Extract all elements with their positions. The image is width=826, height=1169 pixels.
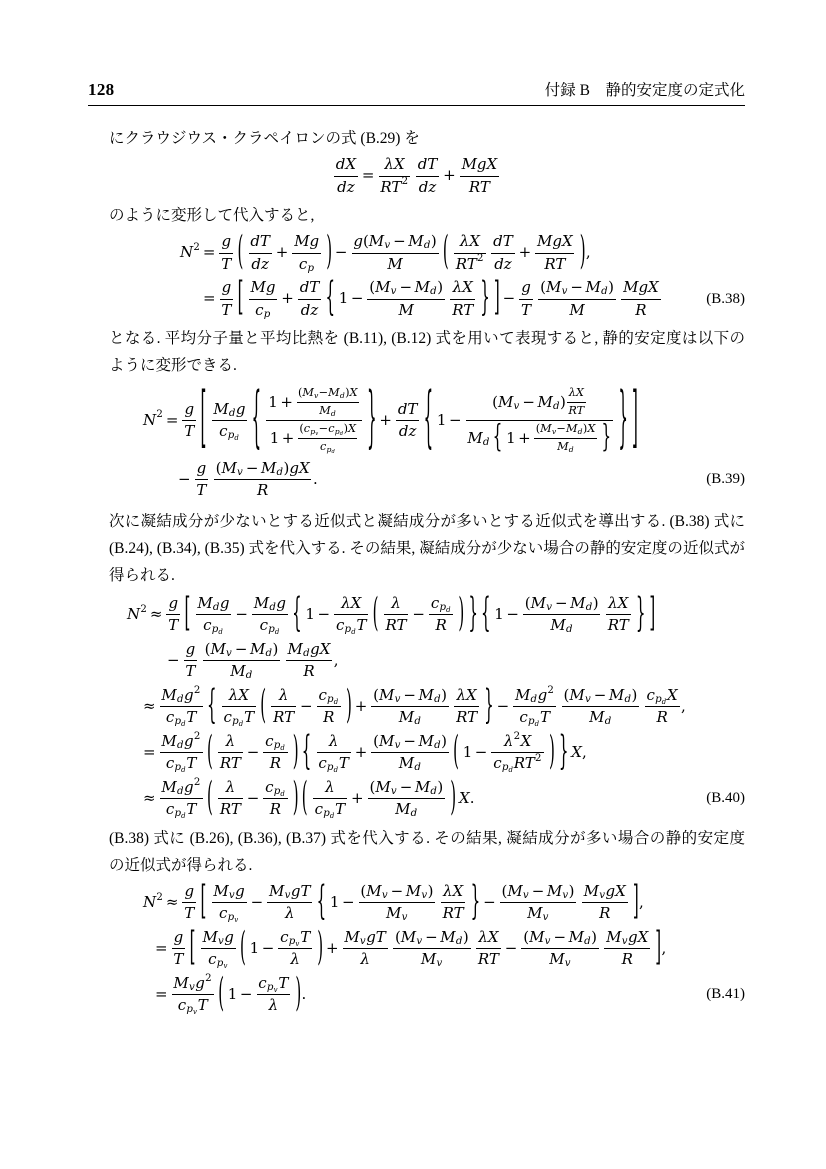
math-row: −: [532, 883, 545, 900]
math-text: 2: [156, 409, 162, 421]
math-row: v: [218, 936, 224, 948]
math-row: Md: [549, 617, 575, 634]
delimiter: }: [367, 386, 377, 455]
subscript: v: [315, 432, 318, 438]
math-row: pd: [274, 740, 285, 752]
math-row: pd: [228, 430, 239, 442]
math-text: M: [584, 883, 599, 900]
math-text: M: [399, 709, 414, 726]
math-row: d: [483, 437, 490, 449]
fraction-bar: [450, 299, 475, 300]
math-row: M: [584, 883, 599, 900]
math-text: ): [431, 233, 437, 250]
math-text: c: [304, 423, 310, 436]
fraction: λXRT2: [379, 156, 411, 196]
math-row: c: [219, 905, 227, 922]
equation-row: N2≈gT[Mdgcpd−Mdgcpd{1−λXcpdT(λRT−cpdR)}{…: [88, 595, 745, 635]
math-row: g: [521, 279, 531, 296]
math-text: 2: [477, 253, 483, 265]
math-text: g: [186, 641, 196, 658]
math-row: c: [166, 755, 174, 772]
math-row: .: [313, 471, 318, 488]
math-row: c: [203, 617, 211, 634]
math-row: −: [399, 279, 412, 296]
math-row: v: [391, 286, 397, 298]
math-row: +: [379, 412, 392, 429]
math-row: ≈Mdg2cpdT{λXcpdT(λRT−cpdR)+(Mv−Md)MdλXRT…: [143, 687, 686, 727]
math-row: dz: [337, 179, 355, 196]
math-row: λX: [441, 883, 465, 900]
math-row: M: [569, 302, 584, 319]
math-text: g: [221, 233, 231, 250]
math-text: v: [543, 912, 549, 924]
math-text: −: [555, 595, 568, 612]
delimiter: ): [317, 928, 323, 969]
group-content: 1−(Mv−Mv)MvλXRT: [326, 883, 470, 923]
delimited-group: [Mvgcpv−MvgTλ{1−(Mv−Mv)MvλXRT}−(Mv−Mv)Mv…: [200, 883, 639, 923]
math-text: RT: [456, 256, 477, 273]
subscript: d: [351, 629, 355, 637]
fraction: (Mv−Md)M: [367, 279, 444, 319]
fraction: MvgXR: [604, 929, 650, 969]
math-row: g: [167, 595, 180, 612]
math-row: cpdX: [646, 687, 677, 704]
math-text: RT: [220, 755, 241, 772]
math-row: 1−cpvTλ: [247, 929, 316, 969]
fraction-bar: [317, 752, 351, 753]
math-text: R: [303, 663, 314, 680]
math-row: −: [570, 279, 583, 296]
math-text: 1: [270, 430, 280, 447]
math-text: p: [174, 808, 181, 820]
math-text: M: [379, 733, 394, 750]
math-row: MvgT: [343, 929, 388, 946]
math-row: (M: [373, 733, 394, 750]
fraction: (Mv−Md)M: [538, 279, 615, 319]
math-row: λ: [226, 779, 236, 796]
fraction-bar: [249, 299, 278, 300]
subscript: v: [543, 912, 549, 924]
math-text: p: [323, 808, 330, 820]
math-row: g: [184, 733, 194, 750]
math-row: dT: [249, 233, 272, 250]
delimited-group: {1−(Mv−Md)MλXRT}: [325, 279, 490, 319]
math-row: p: [186, 1004, 193, 1016]
math-text: λ: [504, 733, 514, 750]
subscript: d: [280, 745, 284, 753]
fraction: λRT: [218, 779, 243, 819]
math-text: d: [280, 745, 284, 753]
math-text: −: [246, 460, 259, 477]
math-row: M: [288, 641, 303, 658]
math-row: λX: [478, 929, 498, 946]
math-row: T: [221, 302, 231, 319]
fraction-bar: [500, 902, 577, 903]
math-row: cpdT: [166, 709, 197, 726]
math-row: M: [161, 687, 176, 704]
math-row: λ: [290, 951, 300, 968]
math-row: cpdT: [164, 755, 198, 772]
delimiter: {: [493, 422, 503, 454]
math-row: 2: [194, 777, 200, 789]
delimited-group: (λRT−cpdR): [372, 595, 464, 635]
group-content: 1−cpvTλ: [246, 929, 317, 969]
math-row: λ: [325, 779, 335, 796]
math-row: R: [257, 482, 268, 499]
math-text: v: [552, 428, 556, 437]
math-row: M: [609, 687, 624, 704]
math-row: dT: [298, 279, 321, 296]
fraction-bar: [166, 614, 180, 615]
math-row: MvgT: [344, 929, 385, 946]
math-row: v: [543, 912, 549, 924]
math-row: λRT−cpdR: [214, 779, 292, 819]
math-row: cpdT: [166, 801, 197, 818]
fraction: Mgcp: [249, 279, 278, 319]
math-row: 1: [330, 894, 340, 911]
math-row: (Mv−Md)λXRT: [490, 387, 588, 418]
math-text: M: [406, 883, 421, 900]
subscript: d: [181, 721, 185, 729]
math-row: pv: [267, 982, 278, 994]
math-text: T: [196, 482, 206, 499]
math-row: MgX: [462, 156, 498, 173]
math-text: p: [174, 762, 181, 774]
math-row: −M: [319, 387, 340, 400]
group-content: 1−λ2XcpdRT2: [459, 733, 548, 773]
math-text: c: [315, 801, 323, 818]
fraction-bar: [441, 902, 466, 903]
group-content: 1+(Mv−Md)XMd: [503, 423, 602, 454]
math-text: g: [184, 779, 194, 796]
math-text: M: [557, 441, 569, 454]
math-row: 1−λXcpdT(λRT−cpdR): [303, 595, 467, 635]
math-row: R: [599, 905, 610, 922]
math-row: Mg: [249, 279, 278, 296]
math-row: .: [302, 986, 307, 1003]
math-text: −: [351, 290, 364, 307]
math-text: +: [276, 244, 289, 261]
math-row: RT2: [380, 179, 408, 196]
superscript: 2: [547, 685, 553, 697]
math-row: cpdT: [518, 709, 552, 726]
math-row: c: [318, 687, 326, 704]
math-text: 2: [402, 176, 408, 188]
math-row: c: [318, 755, 326, 772]
fraction-bar: [160, 798, 203, 799]
math-row: cp: [299, 256, 315, 273]
math-row: d: [624, 694, 631, 706]
math-row: p: [327, 694, 334, 706]
math-row: d: [531, 694, 538, 706]
math-text: T: [356, 617, 366, 634]
math-text: RT: [514, 755, 535, 772]
math-text: d: [605, 716, 612, 728]
math-row: +: [326, 940, 339, 957]
math-text: d: [331, 410, 336, 419]
math-row: cpd: [217, 423, 241, 440]
math-text: M: [609, 687, 624, 704]
math-text: RT: [380, 179, 401, 196]
delimiter: {: [424, 386, 434, 455]
math-text: c: [519, 709, 527, 726]
subscript: pd: [327, 694, 338, 706]
math-row: cpdT: [519, 709, 550, 726]
math-row: c: [315, 801, 323, 818]
math-text: v: [622, 936, 628, 948]
fraction: (Mv−Md)XMd: [534, 423, 596, 454]
fraction-bar: [218, 752, 243, 753]
math-row: d: [269, 602, 276, 614]
math-row: dT: [418, 156, 438, 173]
math-text: p: [327, 694, 334, 706]
math-row: g(Mv−Md): [353, 233, 436, 250]
math-row: pd: [327, 762, 338, 774]
math-text: M: [213, 401, 228, 418]
math-row: d: [181, 721, 185, 729]
math-row: RT: [441, 905, 466, 922]
math-row: cpdT: [224, 709, 255, 726]
math-row: Md: [556, 441, 576, 454]
math-text: M: [586, 279, 601, 296]
math-text: g: [197, 460, 207, 477]
math-row: (Mv−Md): [369, 779, 443, 796]
fraction-bar: [368, 798, 445, 799]
math-row: g: [186, 641, 196, 658]
math-row: λ: [360, 951, 370, 968]
math-text: −: [449, 412, 462, 429]
math-text: −: [475, 744, 488, 761]
math-row: Md: [587, 709, 613, 726]
fraction-bar: [384, 614, 409, 615]
math-text: c: [336, 617, 344, 634]
math-row: g: [224, 929, 234, 946]
math-row: R: [656, 709, 667, 726]
subscript: d: [584, 936, 591, 948]
math-row: d: [229, 408, 236, 420]
math-expression: −gT(Mv−Md)gXR.: [178, 460, 318, 500]
math-row: λX: [384, 156, 404, 173]
math-row: Mvgcpv−MvgTλ{1−(Mv−Mv)MvλXRT}−(Mv−Mv)MvM…: [207, 883, 631, 923]
math-row: c: [260, 617, 268, 634]
math-row: d: [584, 936, 591, 948]
subscript: v: [384, 240, 390, 252]
subscript: v: [585, 694, 591, 706]
delimited-group: {1−(Mv−Md)λXRTMd{1+(Mv−Md)XMd}}: [423, 387, 628, 454]
fraction: λXRT: [567, 387, 585, 418]
math-row: v: [285, 890, 291, 902]
math-expression: ≈Mdg2cpdT{λXcpdT(λRT−cpdR)+(Mv−Md)MdλXRT…: [143, 687, 686, 727]
math-row: dz: [399, 423, 417, 440]
math-row: 2: [194, 685, 200, 697]
math-row: )X: [583, 423, 595, 436]
math-row: MgX: [623, 279, 659, 296]
fraction-bar: [521, 948, 598, 949]
math-text: p: [264, 309, 271, 321]
math-row: RT: [273, 709, 294, 726]
math-text: g: [538, 687, 548, 704]
subscript: pd: [655, 694, 666, 706]
math-row: RT: [386, 617, 407, 634]
math-row: p: [212, 624, 219, 636]
math-row: d: [181, 813, 185, 821]
math-text: M: [379, 687, 394, 704]
delimited-group: {1+(Mv−Md)XMd}: [493, 423, 612, 454]
math-text: M: [375, 779, 390, 796]
math-text: d: [229, 408, 236, 420]
equation-row: =gT[Mvgcpv(1−cpvTλ)+MvgTλ(Mv−Md)MvλXRT−(…: [88, 929, 745, 969]
fraction-bar: [535, 253, 574, 254]
math-row: 1−λ2XcpdRT2: [460, 733, 548, 773]
math-row: −: [246, 460, 259, 477]
math-row: dT: [418, 156, 438, 173]
math-text: d: [662, 699, 666, 707]
math-row: v: [391, 786, 397, 798]
math-row: T: [172, 951, 186, 968]
math-row: dT: [250, 233, 270, 250]
math-row: MvgT: [269, 883, 310, 900]
group-content: Mdgcpd{1+(Mv−Md)XMd1+(cpv−cpd)Xcpd}+dTdz…: [207, 387, 632, 454]
math-text: M: [288, 641, 303, 658]
math-text: c: [208, 951, 216, 968]
math-row: λcpdT+(Mv−Md)Md(1−λ2XcpdRT2): [312, 733, 557, 773]
math-row: Mdg2: [515, 687, 554, 704]
math-row: λ: [277, 687, 290, 704]
math-row: λX: [339, 595, 363, 612]
delimiter: {: [292, 594, 302, 635]
fraction: λcpdT: [317, 733, 351, 773]
math-row: M: [568, 302, 587, 319]
math-text: v: [315, 432, 318, 438]
math-row: p: [439, 602, 446, 614]
math-text: 1: [228, 986, 238, 1003]
math-row: RT: [456, 256, 477, 273]
math-text: −: [319, 423, 328, 436]
fraction: λRT: [271, 687, 296, 727]
math-row: λ: [323, 779, 336, 796]
math-row: v: [421, 890, 427, 902]
subscript: v: [193, 1009, 197, 1017]
math-row: g: [221, 233, 231, 250]
math-expression: N2=gT[Mdgcpd{1+(Mv−Md)XMd1+(cpv−cpd)Xcpd…: [143, 387, 638, 454]
math-row: p: [289, 936, 296, 948]
math-row: M: [161, 779, 176, 796]
math-text: g: [220, 595, 230, 612]
math-row: MvgT: [267, 883, 312, 900]
math-row: M: [397, 302, 416, 319]
math-row: M: [586, 279, 601, 296]
math-row: R: [635, 302, 646, 319]
math-row: g: [538, 687, 548, 704]
math-text: d: [586, 602, 593, 614]
math-row: −: [553, 929, 566, 946]
math-row: ): [428, 883, 434, 900]
math-row: λ: [269, 997, 279, 1014]
math-row: M: [386, 256, 405, 273]
math-row: λX: [443, 883, 463, 900]
math-row: =: [143, 744, 156, 761]
subscript: d: [330, 813, 334, 821]
math-row: v: [314, 392, 318, 401]
math-row: v: [599, 890, 605, 902]
fraction: MvgXR: [582, 883, 628, 923]
math-row: c: [336, 617, 344, 634]
math-row: pd: [528, 716, 539, 728]
math-row: cpv: [208, 951, 228, 968]
math-expression: =gT[Mvgcpv(1−cpvTλ)+MvgTλ(Mv−Md)MvλXRT−(…: [155, 929, 666, 969]
math-text: v: [384, 240, 390, 252]
math-text: −: [412, 606, 425, 623]
math-text: R: [257, 482, 268, 499]
math-row: ): [437, 279, 443, 296]
math-text: λX: [384, 156, 404, 173]
delimiter: ): [293, 778, 299, 819]
math-text: d: [446, 607, 450, 615]
math-row: RT: [514, 755, 535, 772]
equation-row: −gT(Mv−Md)MdMdgXR,: [88, 641, 745, 681]
math-row: λX: [453, 279, 473, 296]
subscript: d: [266, 648, 273, 660]
math-row: d: [218, 629, 222, 637]
fraction: λcpdT: [313, 779, 347, 819]
fraction: λXcpdT: [222, 687, 256, 727]
math-row: c: [255, 302, 263, 319]
math-row: RT2: [454, 256, 486, 273]
fraction: Mdg2cpdT: [160, 733, 203, 773]
math-row: RT: [478, 951, 499, 968]
math-row: +: [518, 430, 531, 447]
math-row: g: [184, 687, 194, 704]
math-row: 2: [535, 753, 541, 765]
math-text: M: [369, 233, 384, 250]
math-row: (Mv−Md): [562, 687, 639, 704]
math-row: =Mvg2cpvT(1−cpvTλ).: [155, 975, 306, 1015]
math-text: ≈: [166, 894, 179, 911]
math-row: R: [655, 709, 670, 726]
math-row: −: [235, 641, 248, 658]
math-row: v: [523, 890, 529, 902]
math-row: 1: [494, 606, 504, 623]
math-text: d: [330, 813, 334, 821]
math-row: c: [265, 733, 273, 750]
math-row: =: [166, 412, 179, 429]
math-text: c: [265, 733, 273, 750]
math-text: c: [299, 256, 307, 273]
math-row: N2≈gT[Mdgcpd−Mdgcpd{1−λXcpdT(λRT−cpdR)}{…: [127, 595, 656, 635]
math-text: c: [260, 617, 268, 634]
math-row: λX: [606, 595, 630, 612]
math-text: M: [515, 687, 530, 704]
math-row: λX: [608, 595, 628, 612]
math-text: v: [562, 890, 568, 902]
math-row: (Mv−Mv): [359, 883, 436, 900]
math-row: p: [268, 624, 275, 636]
subscript: d: [277, 467, 284, 479]
math-text: M: [366, 883, 381, 900]
math-row: λX: [341, 595, 361, 612]
math-row: λ: [269, 997, 279, 1014]
subscript: v: [314, 392, 318, 401]
math-row: dz: [335, 179, 356, 196]
math-row: RT: [478, 951, 499, 968]
math-row: g: [184, 401, 194, 418]
math-row: v: [382, 890, 388, 902]
paragraph-intro: にクラウジウス・クラペイロンの式 (B.29) を: [109, 125, 745, 152]
math-row: d: [330, 813, 334, 821]
math-row: dX: [334, 156, 358, 173]
subscript: d: [213, 602, 220, 614]
math-row: RT: [273, 709, 294, 726]
